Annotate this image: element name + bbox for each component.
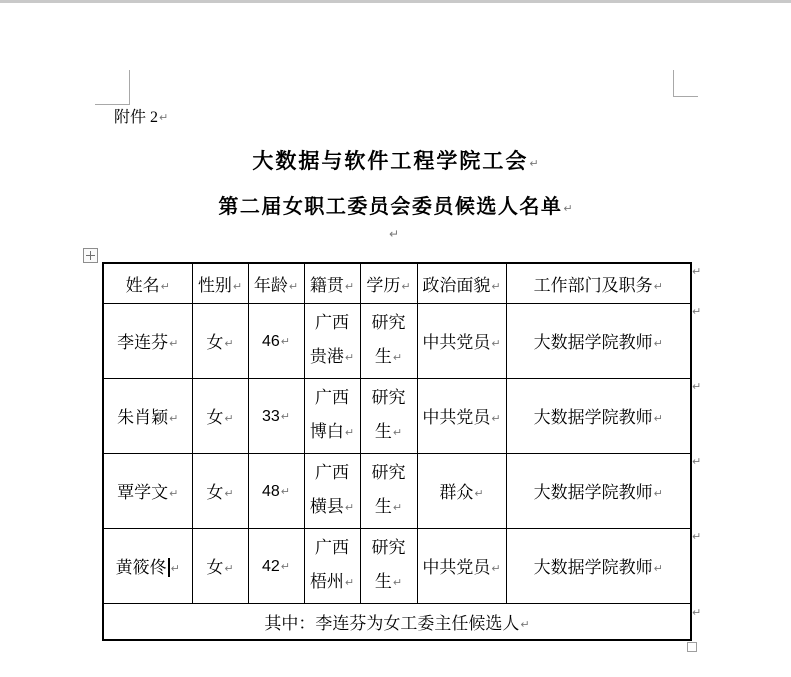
- doc-title-line2-text: 第二届女职工委员会委员候选人名单: [218, 196, 562, 218]
- cell-name[interactable]: 朱肖颖↵: [103, 378, 192, 453]
- end-of-cell-mark: ↵: [224, 487, 233, 500]
- paragraph-mark-icon: ↵: [389, 227, 399, 241]
- end-of-cell-mark: ↵: [345, 341, 354, 375]
- doc-title-line1[interactable]: 大数据与软件工程学院工会↵: [0, 145, 791, 175]
- end-of-row-mark: ↵: [692, 530, 701, 543]
- end-of-cell-mark: ↵: [345, 280, 354, 293]
- header-cell-political[interactable]: 政治面貌↵: [417, 263, 506, 303]
- cell-origin[interactable]: 广西横县↵: [304, 453, 360, 528]
- end-of-cell-mark: ↵: [393, 416, 402, 450]
- header-label: 姓名: [126, 276, 160, 295]
- cell-political[interactable]: 中共党员↵: [417, 303, 506, 378]
- end-of-cell-mark: ↵: [281, 485, 290, 498]
- cell-age[interactable]: 42↵: [248, 528, 304, 603]
- cell-education[interactable]: 研究生↵: [360, 453, 417, 528]
- end-of-cell-mark: ↵: [491, 412, 500, 425]
- table-resize-handle[interactable]: [687, 642, 697, 652]
- footer-note-text: 其中：李连芬为女工委主任候选人: [264, 614, 519, 633]
- end-of-cell-mark: ↵: [169, 412, 178, 425]
- paragraph-mark-icon: ↵: [529, 157, 538, 170]
- move-icon: [90, 251, 91, 260]
- end-of-cell-mark: ↵: [654, 412, 663, 425]
- end-of-cell-mark: ↵: [401, 280, 410, 293]
- candidate-table: 姓名↵ 性别↵ 年龄↵ 籍贯↵ 学历↵ 政治面貌↵ 工作部门及职务↵ 李连芬↵ …: [102, 262, 692, 641]
- cell-gender[interactable]: 女↵: [192, 453, 248, 528]
- header-label: 籍贯: [310, 276, 344, 295]
- text-boundary-mark-top-left: [95, 70, 130, 105]
- cell-political[interactable]: 群众↵: [417, 453, 506, 528]
- attachment-label-text: 附件 2: [114, 109, 158, 126]
- end-of-row-mark: ↵: [692, 305, 701, 318]
- end-of-cell-mark: ↵: [169, 487, 178, 500]
- cell-origin[interactable]: 广西贵港↵: [304, 303, 360, 378]
- text-cursor: [168, 558, 170, 577]
- header-cell-education[interactable]: 学历↵: [360, 263, 417, 303]
- paragraph-mark-icon: ↵: [563, 202, 572, 215]
- end-of-row-mark: ↵: [692, 265, 701, 278]
- header-label: 性别: [198, 276, 232, 295]
- end-of-cell-mark: ↵: [474, 487, 483, 500]
- table-row: 李连芬↵ 女↵ 46↵ 广西贵港↵ 研究生↵ 中共党员↵ 大数据学院教师↵: [103, 303, 691, 378]
- end-of-row-mark: ↵: [692, 380, 701, 393]
- cell-age[interactable]: 48↵: [248, 453, 304, 528]
- end-of-cell-mark: ↵: [654, 337, 663, 350]
- window-top-edge: [0, 0, 791, 3]
- end-of-cell-mark: ↵: [169, 337, 178, 350]
- end-of-row-mark: ↵: [692, 606, 701, 619]
- table-row: 朱肖颖↵ 女↵ 33↵ 广西博白↵ 研究生↵ 中共党员↵ 大数据学院教师↵: [103, 378, 691, 453]
- end-of-cell-mark: ↵: [345, 566, 354, 600]
- end-of-cell-mark: ↵: [224, 412, 233, 425]
- end-of-cell-mark: ↵: [345, 416, 354, 450]
- header-label: 工作部门及职务: [534, 276, 653, 295]
- end-of-cell-mark: ↵: [491, 337, 500, 350]
- cell-political[interactable]: 中共党员↵: [417, 528, 506, 603]
- header-label: 政治面貌: [422, 276, 490, 295]
- cell-political[interactable]: 中共党员↵: [417, 378, 506, 453]
- attachment-label[interactable]: 附件 2↵: [114, 104, 168, 127]
- cell-origin[interactable]: 广西梧州↵: [304, 528, 360, 603]
- end-of-cell-mark: ↵: [224, 562, 233, 575]
- table-row: 覃学文↵ 女↵ 48↵ 广西横县↵ 研究生↵ 群众↵ 大数据学院教师↵: [103, 453, 691, 528]
- cell-department[interactable]: 大数据学院教师↵: [506, 528, 691, 603]
- cell-gender[interactable]: 女↵: [192, 303, 248, 378]
- end-of-cell-mark: ↵: [654, 562, 663, 575]
- cell-age[interactable]: 46↵: [248, 303, 304, 378]
- cell-age[interactable]: 33↵: [248, 378, 304, 453]
- header-cell-age[interactable]: 年龄↵: [248, 263, 304, 303]
- end-of-cell-mark: ↵: [520, 618, 529, 631]
- table-header-row: 姓名↵ 性别↵ 年龄↵ 籍贯↵ 学历↵ 政治面貌↵ 工作部门及职务↵: [103, 263, 691, 303]
- cell-department[interactable]: 大数据学院教师↵: [506, 303, 691, 378]
- table-move-handle[interactable]: [83, 248, 98, 263]
- text-boundary-mark-top-right: [673, 70, 698, 97]
- header-cell-origin[interactable]: 籍贯↵: [304, 263, 360, 303]
- cell-gender[interactable]: 女↵: [192, 378, 248, 453]
- cell-name[interactable]: 李连芬↵: [103, 303, 192, 378]
- header-label: 年龄: [254, 276, 288, 295]
- end-of-cell-mark: ↵: [289, 280, 298, 293]
- cell-origin[interactable]: 广西博白↵: [304, 378, 360, 453]
- cell-name[interactable]: 覃学文↵: [103, 453, 192, 528]
- end-of-cell-mark: ↵: [491, 280, 500, 293]
- paragraph-mark-icon: ↵: [159, 111, 168, 124]
- header-label: 学历: [366, 276, 400, 295]
- end-of-cell-mark: ↵: [654, 280, 663, 293]
- header-cell-name[interactable]: 姓名↵: [103, 263, 192, 303]
- header-cell-department[interactable]: 工作部门及职务↵: [506, 263, 691, 303]
- end-of-cell-mark: ↵: [491, 562, 500, 575]
- end-of-cell-mark: ↵: [224, 337, 233, 350]
- end-of-cell-mark: ↵: [393, 566, 402, 600]
- cell-name[interactable]: 黄筱佟↵: [103, 528, 192, 603]
- table-row: 黄筱佟↵ 女↵ 42↵ 广西梧州↵ 研究生↵ 中共党员↵ 大数据学院教师↵: [103, 528, 691, 603]
- cell-department[interactable]: 大数据学院教师↵: [506, 453, 691, 528]
- end-of-cell-mark: ↵: [161, 280, 170, 293]
- end-of-cell-mark: ↵: [281, 560, 290, 573]
- table-footer-row: 其中：李连芬为女工委主任候选人↵: [103, 603, 691, 640]
- cell-education[interactable]: 研究生↵: [360, 378, 417, 453]
- end-of-cell-mark: ↵: [654, 487, 663, 500]
- cell-gender[interactable]: 女↵: [192, 528, 248, 603]
- footer-note-cell[interactable]: 其中：李连芬为女工委主任候选人↵: [103, 603, 691, 640]
- end-of-cell-mark: ↵: [281, 410, 290, 423]
- end-of-cell-mark: ↵: [345, 491, 354, 525]
- cell-department[interactable]: 大数据学院教师↵: [506, 378, 691, 453]
- end-of-cell-mark: ↵: [233, 280, 242, 293]
- end-of-cell-mark: ↵: [393, 491, 402, 525]
- doc-title-line1-text: 大数据与软件工程学院工会: [252, 149, 528, 173]
- end-of-row-mark: ↵: [692, 455, 701, 468]
- end-of-cell-mark: ↵: [281, 335, 290, 348]
- cell-education[interactable]: 研究生↵: [360, 303, 417, 378]
- doc-title-line2[interactable]: 第二届女职工委员会委员候选人名单↵: [0, 190, 791, 219]
- header-cell-gender[interactable]: 性别↵: [192, 263, 248, 303]
- cell-education[interactable]: 研究生↵: [360, 528, 417, 603]
- end-of-cell-mark: ↵: [171, 562, 180, 575]
- end-of-cell-mark: ↵: [393, 341, 402, 375]
